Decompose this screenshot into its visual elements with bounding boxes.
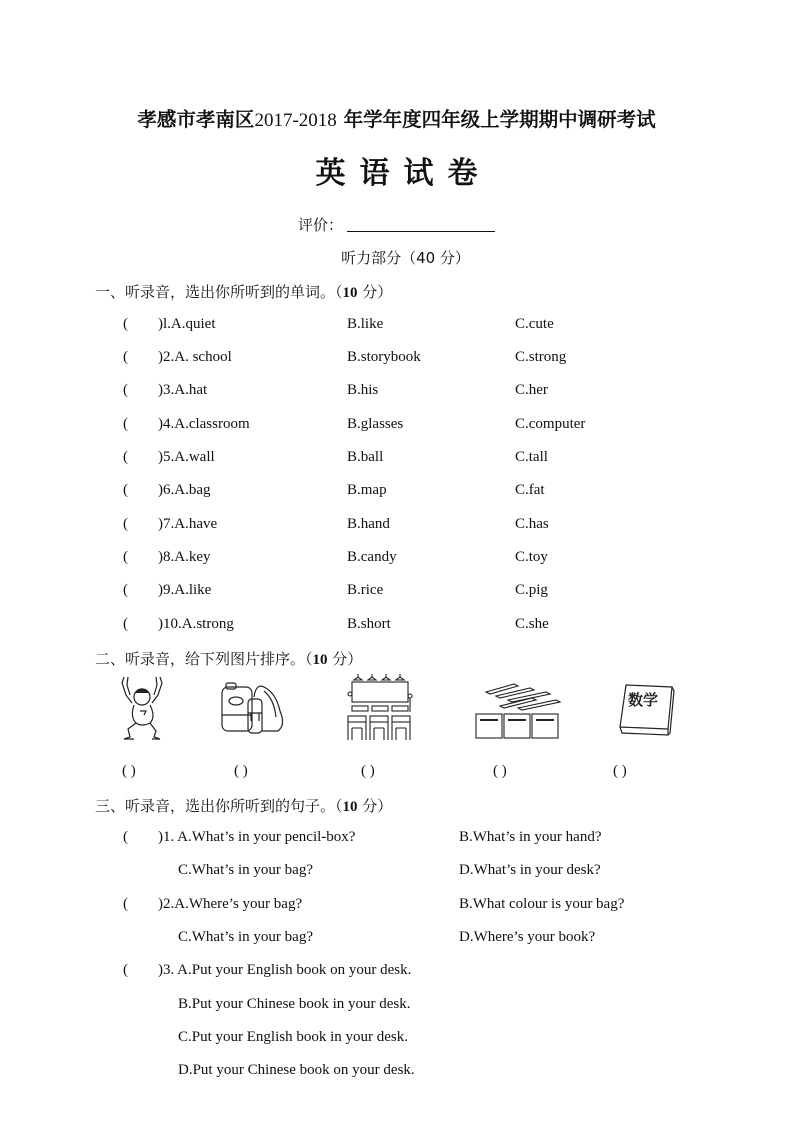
section1-score: 10 [343,285,358,301]
option-d: D.Where’s your book? [459,929,595,946]
option-c: C.tall [515,449,548,466]
exam-title: 孝感市孝南区2017-2018 年学年度四年级上学期期中调研考试 [0,104,793,132]
option-a: )6.A.bag [158,482,211,499]
answer-paren[interactable]: ( [123,516,128,533]
option-a: )5.A.wall [158,449,215,466]
section2-heading-text: 二、听录音，给下列图片排序。（ [95,650,313,668]
option-c: C.fat [515,482,545,499]
option-a: )2.A. school [158,349,232,366]
section3-heading-text: 三、听录音，选出你所听到的句子。（ [95,797,343,815]
option-b: B.glasses [347,416,403,433]
option-c: C.What’s in your bag? [178,929,313,946]
option-a: )l.A.quiet [158,316,216,333]
section3-score: 10 [343,799,358,815]
option-a: )3. A.Put your English book on your desk… [158,962,411,979]
option-a: )2.A.Where’s your bag? [158,896,302,913]
option-b: B.map [347,482,387,499]
answer-paren[interactable]: ( [123,582,128,599]
option-a: )4.A.classroom [158,416,250,433]
picture-answer-paren[interactable]: ( ) [234,763,248,780]
option-b: B.like [347,316,383,333]
section1-heading: 一、听录音，选出你所听到的单词。（10 分） [95,281,392,302]
option-c: C.Put your English book in your desk. [178,1029,408,1046]
answer-paren[interactable]: ( [123,549,128,566]
option-c: C.has [515,516,549,533]
answer-paren[interactable]: ( [123,449,128,466]
option-a: )10.A.strong [158,616,234,633]
option-d: D.Put your Chinese book on your desk. [178,1062,415,1079]
answer-paren[interactable]: ( [123,416,128,433]
option-d: D.What’s in your desk? [459,862,601,879]
option-c: C.What’s in your bag? [178,862,313,879]
option-b: B.short [347,616,391,633]
answer-paren[interactable]: ( [123,382,128,399]
option-c: C.cute [515,316,554,333]
option-b: B.ball [347,449,383,466]
option-b: B.storybook [347,349,421,366]
option-c: C.she [515,616,549,633]
option-b: B.hand [347,516,390,533]
picture-answer-paren[interactable]: ( ) [122,763,136,780]
option-a: )8.A.key [158,549,211,566]
classroom-icon [344,672,414,744]
section2-heading: 二、听录音，给下列图片排序。（10 分） [95,648,362,669]
answer-paren[interactable]: ( [123,962,128,979]
option-c: C.pig [515,582,548,599]
option-c: C.computer [515,416,585,433]
answer-paren[interactable]: ( [123,349,128,366]
option-b: B.Put your Chinese book in your desk. [178,996,411,1013]
picture-answer-paren[interactable]: ( ) [613,763,627,780]
svg-text:数学: 数学 [628,691,658,709]
option-b: B.rice [347,582,383,599]
section3-heading-suffix: 分） [358,797,393,815]
answer-paren[interactable]: ( [123,896,128,913]
answer-paren[interactable]: ( [123,616,128,633]
option-b: B.What’s in your hand? [459,829,601,846]
rating-label: 评价： [298,214,343,235]
option-a: )9.A.like [158,582,211,599]
title-prefix: 孝感市孝南区 [137,108,254,131]
option-a: )1. A.What’s in your pencil-box? [158,829,355,846]
exam-subtitle: 英语试卷 [0,148,793,192]
section3-heading: 三、听录音，选出你所听到的句子。（10 分） [95,795,392,816]
answer-paren[interactable]: ( [123,316,128,333]
rating-blank-line[interactable] [347,231,495,232]
exercising-boy-icon [118,673,166,743]
section2-score: 10 [313,652,328,668]
option-a: )3.A.hat [158,382,207,399]
section1-heading-suffix: 分） [358,283,393,301]
option-b: B.his [347,382,378,399]
schoolbag-icon [218,677,290,735]
option-b: B.What colour is your bag? [459,896,624,913]
section2-heading-suffix: 分） [328,650,363,668]
title-year: 2017-2018 [254,110,336,131]
picture-answer-paren[interactable]: ( ) [361,763,375,780]
option-a: )7.A.have [158,516,217,533]
option-c: C.strong [515,349,566,366]
option-b: B.candy [347,549,397,566]
section1-heading-text: 一、听录音，选出你所听到的单词。（ [95,283,343,301]
answer-paren[interactable]: ( [123,482,128,499]
title-suffix: 年学年度四年级上学期期中调研考试 [344,108,656,131]
pencils-and-notebooks-icon [474,678,568,740]
option-c: C.her [515,382,548,399]
option-c: C.toy [515,549,548,566]
math-book-icon: 数学 [618,681,676,737]
answer-paren[interactable]: ( [123,829,128,846]
picture-answer-paren[interactable]: ( ) [493,763,507,780]
listening-part-heading: 听力部分（40 分） [0,247,793,268]
